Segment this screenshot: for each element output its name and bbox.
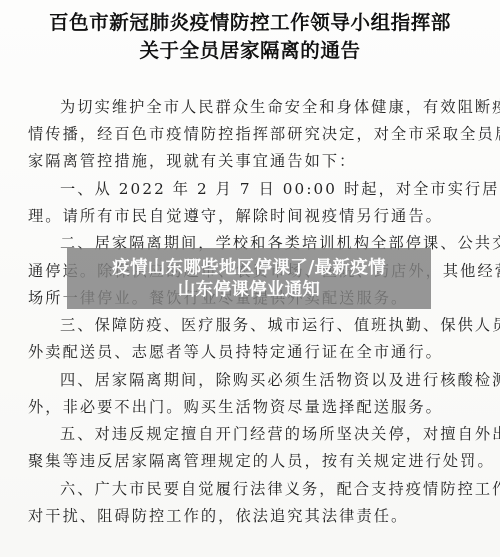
body-line: 三、保障防疫、医疗服务、城市运行、值班执勤、保供人员、 (28, 315, 474, 335)
body-line: 五、对违反规定擅自开门经营的场所坚决关停，对擅自外出、 (28, 424, 474, 444)
body-line: 聚集等违反居家隔离管理规定的人员，按有关规定进行处罚。 (28, 451, 474, 471)
body-line: 对干扰、阻碍防控工作的，依法追究其法律责任。 (28, 506, 474, 526)
body-line: 理。请所有市民自觉遵守，解除时间视疫情另行通告。 (28, 206, 474, 226)
body-line: 外卖配送员、志愿者等人员持特定通行证在全市通行。 (28, 342, 474, 362)
caption-line-2: 山东停课停业通知 (178, 279, 320, 301)
body-line: 情传播，经百色市疫情防控指挥部研究决定，对全市采取全员居 (28, 124, 474, 144)
body-line: 一、从 2022 年 2 月 7 日 00:00 时起，对全市实行居家隔离管 (28, 179, 474, 199)
body-line: 六、广大市民要自觉履行法律义务，配合支持疫情防控工作。 (28, 479, 474, 499)
body-line: 家隔离管控措施，现就有关事宜通告如下： (28, 151, 474, 171)
notice-title-line-1: 百色市新冠肺炎疫情防控工作领导小组指挥部 (0, 7, 500, 35)
body-line: 外，非必要不出门。购买生活物资尽量选择配送服务。 (28, 397, 474, 417)
body-line: 四、居家隔离期间，除购买必须生活物资以及进行核酸检测 (28, 370, 474, 390)
notice-title-line-2: 关于全员居家隔离的通告 (0, 35, 500, 63)
caption-line-1: 疫情山东哪些地区停课了/最新疫情 (112, 257, 386, 279)
body-line: 为切实维护全市人民群众生命安全和身体健康，有效阻断疫 (28, 97, 474, 117)
caption-overlay: 疫情山东哪些地区停课了/最新疫情 山东停课停业通知 (67, 248, 431, 309)
